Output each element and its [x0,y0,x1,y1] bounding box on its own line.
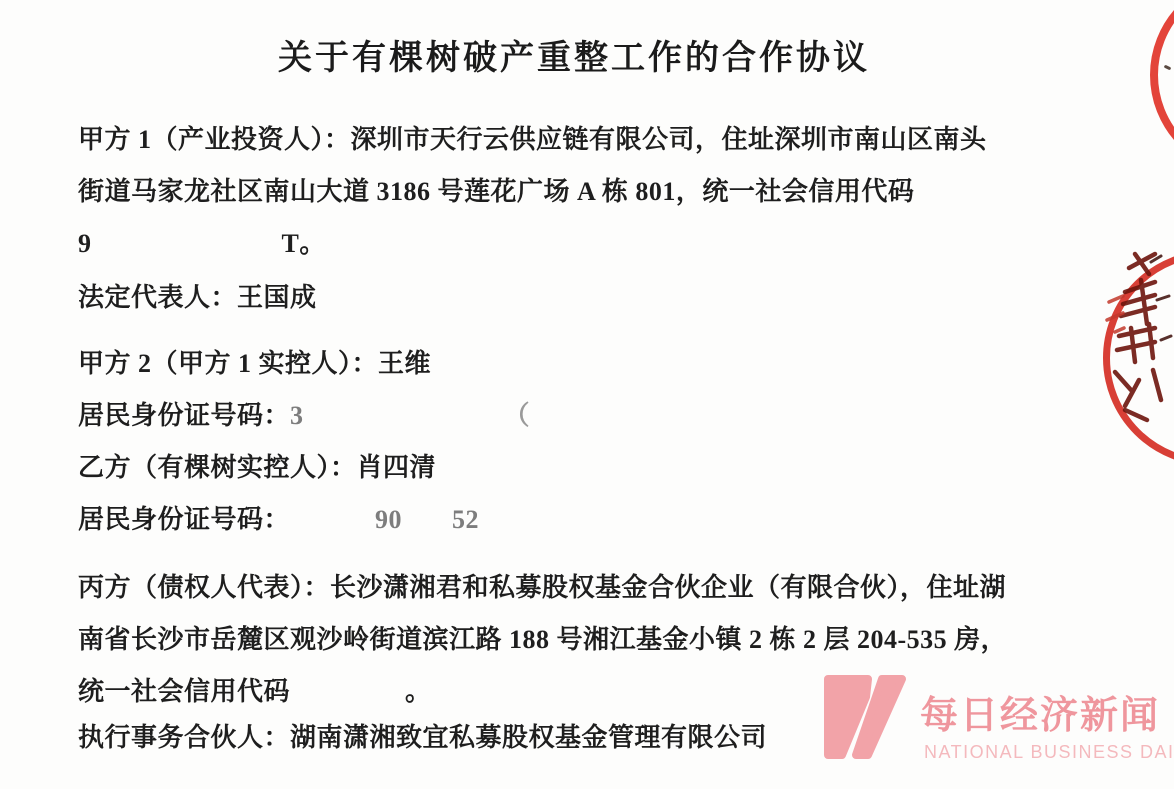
party-c-line-1: 丙方（债权人代表）：长沙潇湘君和私募股权基金合伙企业（有限合伙），住址湖 [78,570,1078,606]
id-fragment: （ [504,401,531,430]
watermark-en-text: NATIONAL BUSINESS DAILY [924,742,1174,763]
watermark-cn-text: 每日经济新闻 [920,694,1160,738]
party-b-id-line: 居民身份证号码：9052 [78,502,1078,538]
credit-code-suffix: 。 [405,677,432,706]
id-fragment: 3 [290,401,304,430]
redacted-area [290,694,405,700]
red-seal-arc-icon [1150,0,1174,175]
party-a1-line-2: 街道马家龙社区南山大道 3186 号莲花广场 A 栋 801，统一社会信用代码 [78,174,1078,210]
redacted-area [290,522,375,528]
id-label: 居民身份证号码： [78,505,290,534]
credit-code-label: 统一社会信用代码 [78,677,290,706]
credit-code-suffix: T。 [282,229,326,258]
redacted-area [402,522,452,528]
redacted-area [92,246,282,252]
party-a1-credit-code-line: 9T。 [78,226,1078,262]
party-a1-line-1: 甲方 1（产业投资人）：深圳市天行云供应链有限公司，住址深圳市南山区南头 [78,122,1078,158]
redacted-area [304,418,504,424]
party-c-line-2: 南省长沙市岳麓区观沙岭街道滨江路 188 号湘江基金小镇 2 栋 2 层 204… [78,622,1078,658]
contract-title: 关于有棵树破产重整工作的合作协议 [78,36,1070,82]
id-label: 居民身份证号码： [78,401,290,430]
party-a2-id-line: 居民身份证号码：3（ [78,398,1078,434]
legal-representative-line: 法定代表人：王国成 [78,280,1078,316]
seal-character-strokes-icon [1095,240,1174,470]
nbd-logo-icon [818,671,910,763]
id-fragment: 52 [452,505,479,534]
credit-code-prefix: 9 [78,229,92,258]
party-a2-line: 甲方 2（甲方 1 实控人）：王维 [78,346,1078,382]
party-b-line: 乙方（有棵树实控人）：肖四清 [78,450,1078,486]
id-fragment: 90 [375,505,402,534]
contract-document-page: 关于有棵树破产重整工作的合作协议 甲方 1（产业投资人）：深圳市天行云供应链有限… [0,0,1174,789]
